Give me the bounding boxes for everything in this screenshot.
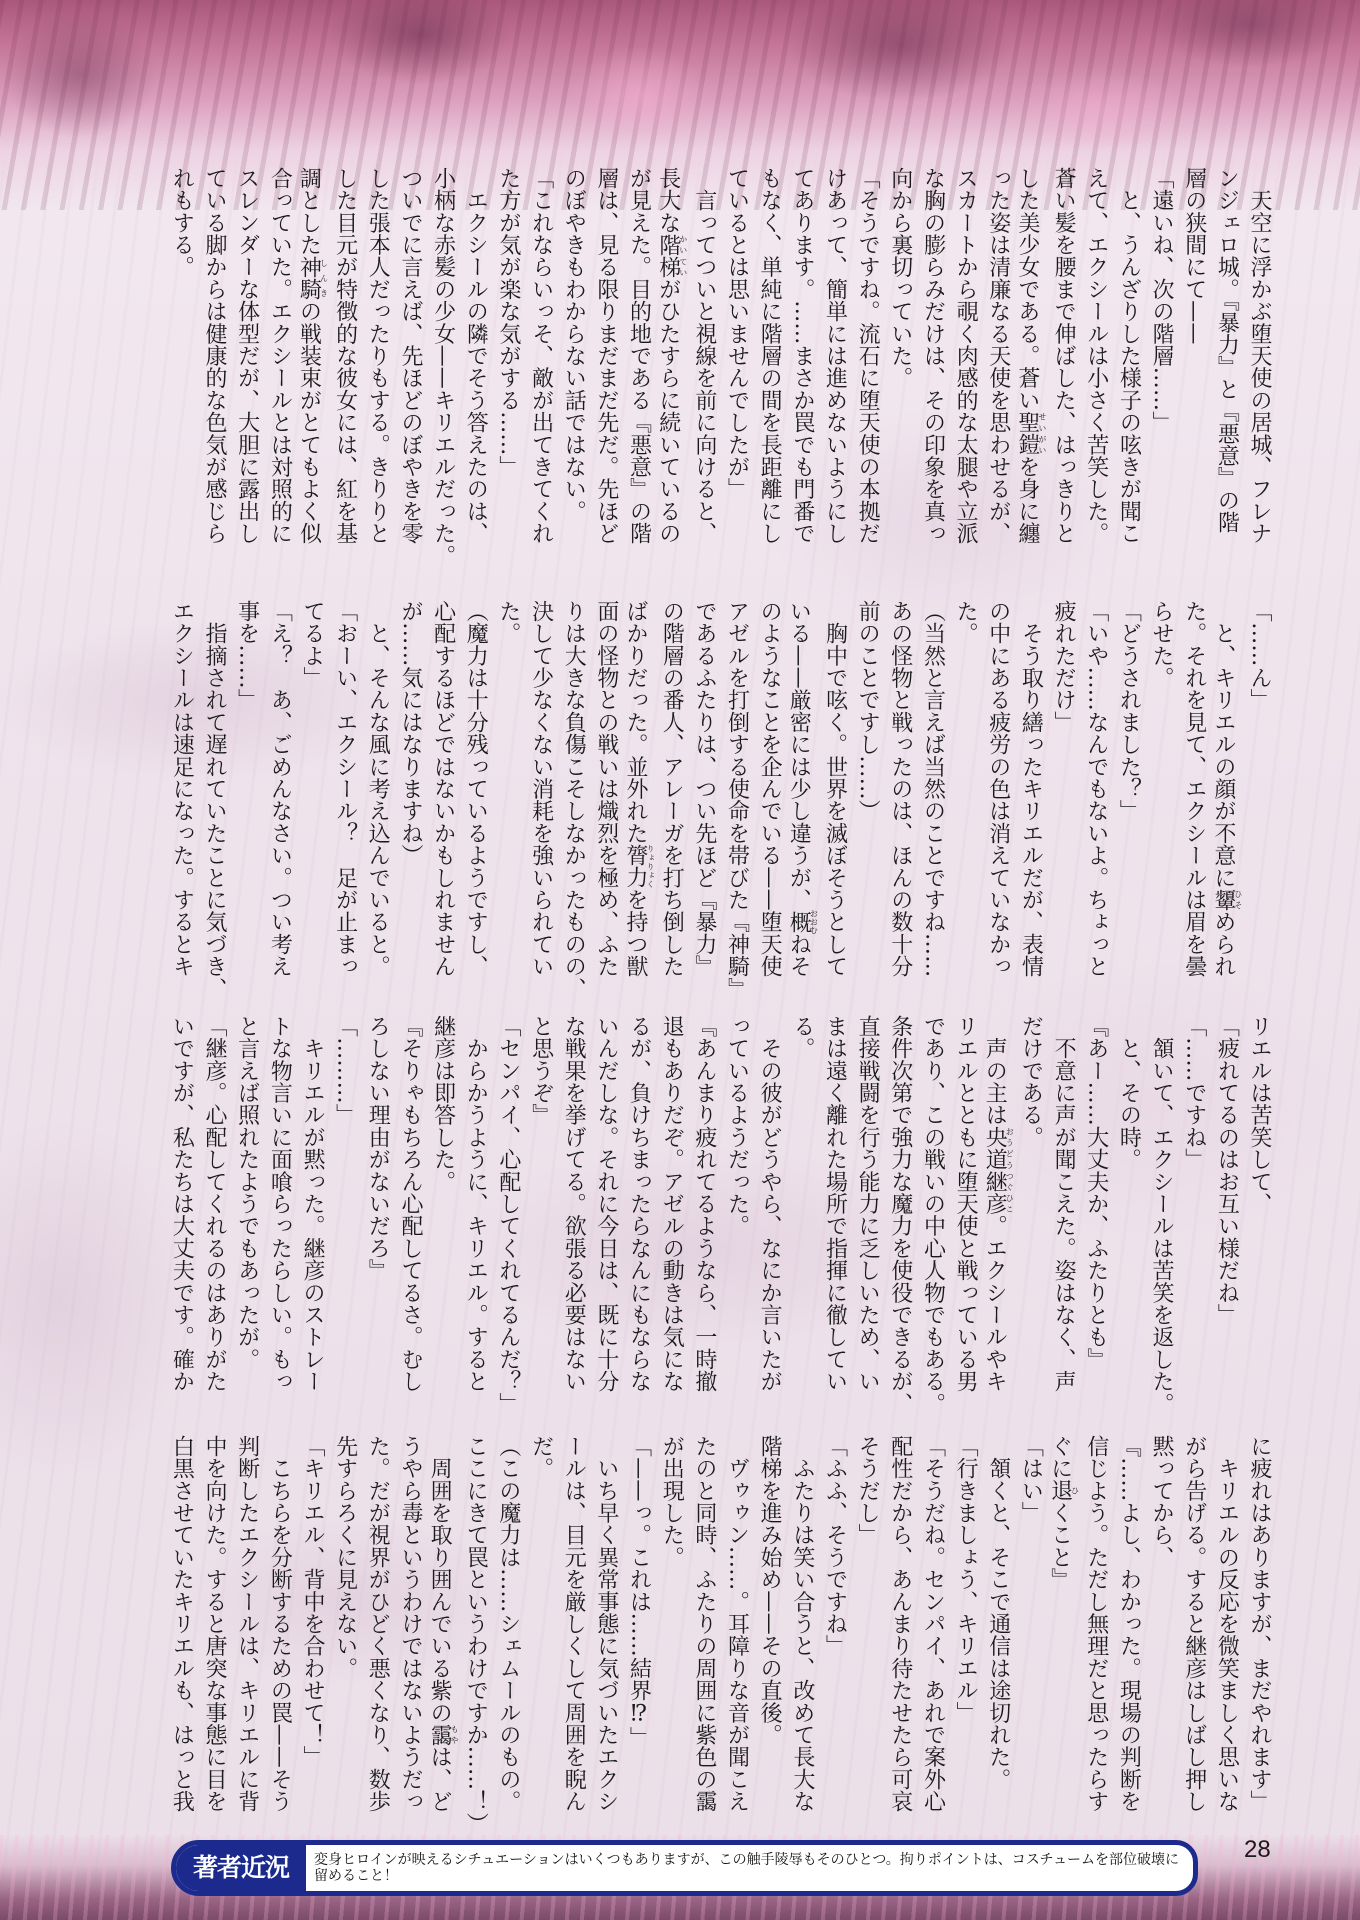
text-column: 胸中で呟く。世界を滅ぼそうとして <box>818 600 851 978</box>
text-column: であるふたりは、つい先ほど『暴力』 <box>687 600 720 978</box>
text-column: スカートから覗く肉感的な太腿や立派 <box>948 167 981 545</box>
text-column: 「継彦。心配してくれるのはありがた <box>197 1015 230 1393</box>
text-column: 『……よし、わかった。現場の判断を <box>1112 1435 1145 1813</box>
text-column: れもする。 <box>165 167 198 545</box>
text-tier-3: リエルは苦笑して、「疲れてるのはお互い様だね」「……ですね」 頷いて、エクシール… <box>164 1015 1275 1393</box>
text-column: の中にある疲労の色は消えていなかっ <box>981 600 1014 978</box>
text-column: が出現した。 <box>655 1435 688 1813</box>
text-column: あの怪物と戦ったのは、ほんの数十分 <box>883 600 916 978</box>
text-tier-4: に疲れはありますが、まだやれます」 キリエルの反応を微笑ましく思いながら告げる。… <box>164 1435 1275 1813</box>
text-column: ぐに退ひくこと』 <box>1046 1435 1079 1813</box>
text-column: （この魔力は……シェムールのもの。 <box>491 1435 524 1813</box>
text-column: もなく、単純に階層の間を長距離にし <box>753 167 786 545</box>
text-column: リエルは苦笑して、 <box>1242 1015 1275 1393</box>
text-column: 不意に声が聞こえた。姿はなく、声 <box>1046 1015 1079 1393</box>
text-column: た方が気が楽な気がする……」 <box>491 167 524 545</box>
text-column: 向から裏切っていた。 <box>883 167 916 545</box>
text-column: た。 <box>491 600 524 978</box>
text-column: えて、エクシールは小さく苦笑した。 <box>1079 167 1112 545</box>
page-number: 28 <box>1244 1836 1271 1864</box>
text-column: リエルとともに堕天使と戦っている男 <box>948 1015 981 1393</box>
text-column: 黙ってから、 <box>1144 1435 1177 1813</box>
text-column: であり、この戦いの中心人物でもある。 <box>916 1015 949 1393</box>
text-column: エクシールの隣でそう答えたのは、 <box>459 167 492 545</box>
text-column: いち早く異常事態に気づいたエクシ <box>589 1435 622 1813</box>
text-column: ろしない理由がないだろ』 <box>361 1015 394 1393</box>
text-column: だ。 <box>524 1435 557 1813</box>
text-column: した張本人だったりもする。きりりと <box>361 167 394 545</box>
text-column: に疲れはありますが、まだやれます」 <box>1242 1435 1275 1813</box>
text-column: 声の主は央道継彦おうどうつぐひこ。エクシールやキ <box>981 1015 1014 1393</box>
furigana: 神騎しんき <box>296 256 321 300</box>
text-column: アゼルを打倒する使命を帯びた『神騎』 <box>720 600 753 978</box>
text-column: トな物言いに面喰らったらしい。もっ <box>263 1015 296 1393</box>
text-column: ここにきて罠というわけですか……！） <box>459 1435 492 1813</box>
text-column: が……気にはなりますね） <box>393 600 426 978</box>
text-column: 中を向けた。すると唐突な事態に目を <box>197 1435 230 1813</box>
text-column: 「行きましょう、キリエル」 <box>948 1435 981 1813</box>
text-column: 判断したエクシールは、キリエルに背 <box>230 1435 263 1813</box>
text-column: ているとは思いませんでしたが」 <box>720 167 753 545</box>
text-column: 信じよう。ただし無理だと思ったらす <box>1079 1435 1112 1813</box>
text-column: まは遠く離れた場所で指揮に徹してい <box>818 1015 851 1393</box>
text-column: ヴゥゥン……。耳障りな音が聞こえ <box>720 1435 753 1813</box>
author-note-box: 著者近況 変身ヒロインが映えるシチュエーションはいくつもありますが、この触手陵辱… <box>171 1840 1198 1896</box>
furigana: 概おおむ <box>786 911 811 933</box>
text-column: らせた。 <box>1144 600 1177 978</box>
text-column: 決して少なくない消耗を強いられてい <box>524 600 557 978</box>
furigana: 膂力りょりょく <box>623 844 648 888</box>
text-column: 「遠いね、次の階層……」 <box>1144 167 1177 545</box>
text-column: 「そうですね。流石に堕天使の本拠だ <box>850 167 883 545</box>
text-column: 指摘されて遅れていたことに気づき、 <box>197 600 230 978</box>
furigana: 階梯かいてい <box>656 234 681 278</box>
text-column: 「疲れてるのはお互い様だね」 <box>1210 1015 1243 1393</box>
text-column: のようなことを企んでいる——堕天使 <box>753 600 786 978</box>
text-column: がら告げる。すると継彦はしばし押し <box>1177 1435 1210 1813</box>
text-column: 「……ですね」 <box>1177 1015 1210 1393</box>
text-column: 退もありだぞ。アゼルの動きは気にな <box>655 1015 688 1393</box>
text-column: 「これならいっそ、敵が出てきてくれ <box>524 167 557 545</box>
text-column: 長大な階梯かいていがひたすらに続いているの <box>655 167 688 545</box>
text-column: と、うんざりした様子の呟きが聞こ <box>1112 167 1145 545</box>
text-column: こちらを分断するための罠——そう <box>263 1435 296 1813</box>
text-column: 「どうされました？」 <box>1112 600 1145 978</box>
text-column: した目元が特徴的な彼女には、紅を基 <box>328 167 361 545</box>
text-column: 周囲を取り囲んでいる紫の靄もやは、ど <box>426 1435 459 1813</box>
text-column: った姿は清廉なる天使を思わせるが、 <box>981 167 1014 545</box>
text-column: 先すらろくに見えない。 <box>328 1435 361 1813</box>
text-column: 配性だから、あんまり待たせたら可哀 <box>883 1435 916 1813</box>
text-column: 疲れただけ」 <box>1046 600 1079 978</box>
text-column: 頷いて、エクシールは苦笑を返した。 <box>1144 1015 1177 1393</box>
text-column: っているようだった。 <box>720 1015 753 1393</box>
text-column: ばかりだった。並外れた膂力りょりょくを持つ獣 <box>622 600 655 978</box>
text-column: 「………」 <box>328 1015 361 1393</box>
text-column: 「——っ。これは……結界⁉」 <box>622 1435 655 1813</box>
text-column: そうだし」 <box>850 1435 883 1813</box>
text-column: いですが、私たちは大丈夫です。確か <box>165 1015 198 1393</box>
text-column: エクシールは速足になった。するとキ <box>165 600 198 978</box>
furigana: 退ひ <box>1048 1479 1073 1501</box>
text-column: そう取り繕ったキリエルだが、表情 <box>1014 600 1047 978</box>
text-column: てあります。……まさか罠でも門番で <box>785 167 818 545</box>
text-column: 「ふふ、そうですね」 <box>818 1435 851 1813</box>
text-column: うやら毒というわけではないようだっ <box>393 1435 426 1813</box>
text-column: からかうように、キリエル。すると <box>459 1015 492 1393</box>
text-column: と、そんな風に考え込んでいると。 <box>361 600 394 978</box>
text-column: ている脚からは健康的な色気が感じら <box>197 167 230 545</box>
text-column: 小柄な赤髪の少女——キリエルだった。 <box>426 167 459 545</box>
text-column: たのと同時、ふたりの周囲に紫色の靄 <box>687 1435 720 1813</box>
text-column: 継彦は即答した。 <box>426 1015 459 1393</box>
text-column: 直接戦闘を行う能力に乏しいため、い <box>850 1015 883 1393</box>
text-column: 「……ん」 <box>1242 600 1275 978</box>
text-column: 「はい」 <box>1014 1435 1047 1813</box>
author-note-line: 留めること！ <box>314 1868 1187 1884</box>
text-column: 『あー……大丈夫か、ふたりとも』 <box>1079 1015 1112 1393</box>
text-column: 面の怪物との戦いは熾烈を極め、ふた <box>589 600 622 978</box>
author-note-line: 変身ヒロインが映えるシチュエーションはいくつもありますが、この触手陵辱もそのひと… <box>314 1852 1187 1868</box>
text-column: りは大きな負傷こそしなかったものの、 <box>557 600 590 978</box>
text-column: のぼやきもわからない話ではない。 <box>557 167 590 545</box>
text-column: 頷くと、そこで通信は途切れた。 <box>981 1435 1014 1813</box>
furigana: 聖鎧せいがい <box>1015 411 1040 455</box>
text-column: と、キリエルの顔が不意に顰ひそめられ <box>1210 600 1243 978</box>
text-column: いる——厳密には少し違うが、概おおむねそ <box>785 600 818 978</box>
furigana: 靄もや <box>427 1724 452 1746</box>
text-column: 前のことですし……） <box>850 600 883 978</box>
text-column: 事を……」 <box>230 600 263 978</box>
text-column: 「いや……なんでもないよ。ちょっと <box>1079 600 1112 978</box>
text-column: だけである。 <box>1014 1015 1047 1393</box>
text-column: ついでに言えば、先ほどのぼやきを零 <box>393 167 426 545</box>
text-column: 層の狭間にて—— <box>1177 167 1210 545</box>
text-column: その彼がどうやら、なにか言いたが <box>753 1015 786 1393</box>
author-note-label: 著者近況 <box>176 1845 306 1891</box>
text-column: 心配するほどではないかもしれません <box>426 600 459 978</box>
text-column: と思うぞ』 <box>524 1015 557 1393</box>
text-tier-1: 天空に浮かぶ堕天使の居城、フレナンジェロ城。『暴力』と『悪意』の階層の狭間にて—… <box>164 167 1275 545</box>
text-column: 層は、見る限りまだまだ先だ。先ほど <box>589 167 622 545</box>
text-column: 条件次第で強力な魔力を使役できるが、 <box>883 1015 916 1393</box>
text-column: るが、負けちまったらなんにもならな <box>622 1015 655 1393</box>
text-column: いんだしな。それに今日は、既に十分 <box>589 1015 622 1393</box>
magazine-page: 天空に浮かぶ堕天使の居城、フレナンジェロ城。『暴力』と『悪意』の階層の狭間にて—… <box>0 0 1360 1920</box>
text-column: キリエルが黙った。継彦のストレー <box>295 1015 328 1393</box>
text-column: ールは、目元を厳しくして周囲を睨ん <box>557 1435 590 1813</box>
text-column: てるよ」 <box>295 600 328 978</box>
text-column: な胸の膨らみだけは、その印象を真っ <box>916 167 949 545</box>
furigana: 央道継彦おうどうつぐひこ <box>982 1126 1007 1215</box>
text-column: 言ってついと視線を前に向けると、 <box>687 167 720 545</box>
text-column: が見えた。目的地である『悪意』の階 <box>622 167 655 545</box>
text-column: けあって、簡単には進めないようにし <box>818 167 851 545</box>
text-column: と言えば照れたようでもあったが。 <box>230 1015 263 1393</box>
text-column: 天空に浮かぶ堕天使の居城、フレナ <box>1242 167 1275 545</box>
text-column: した美少女である。蒼い聖鎧せいがいを身に纏 <box>1014 167 1047 545</box>
text-column: た。だが視界がひどく悪くなり、数歩 <box>361 1435 394 1813</box>
text-column: た。それを見て、エクシールは眉を曇 <box>1177 600 1210 978</box>
text-column: ンジェロ城。『暴力』と『悪意』の階 <box>1210 167 1243 545</box>
text-column: と、その時。 <box>1112 1015 1145 1393</box>
text-column: 階梯を進み始め——その直後。 <box>753 1435 786 1813</box>
text-column: る。 <box>785 1015 818 1393</box>
text-column: ふたりは笑い合うと、改めて長大な <box>785 1435 818 1813</box>
text-column: （当然と言えば当然のことですね…… <box>916 600 949 978</box>
furigana: 顰ひそ <box>1211 889 1236 911</box>
text-column: 調とした神騎しんきの戦装束がとてもよく似 <box>295 167 328 545</box>
text-column: 「おーい、エクシール？ 足が止まっ <box>328 600 361 978</box>
text-column: 「え？ あ、ごめんなさい。つい考え <box>263 600 296 978</box>
text-column: な戦果を挙げてる。欲張る必要はない <box>557 1015 590 1393</box>
text-column: キリエルの反応を微笑ましく思いな <box>1210 1435 1243 1813</box>
text-column: 『そりゃもちろん心配してるさ。むし <box>393 1015 426 1393</box>
text-column: （魔力は十分残っているようですし、 <box>459 600 492 978</box>
text-column: た。 <box>948 600 981 978</box>
text-column: 『あんまり疲れてるようなら、一時撤 <box>687 1015 720 1393</box>
text-column: 蒼い髪を腰まで伸ばした、はっきりと <box>1046 167 1079 545</box>
text-column: の階層の番人、アレーガを打ち倒した <box>655 600 688 978</box>
text-column: 合っていた。エクシールとは対照的に <box>263 167 296 545</box>
text-column: 白黒させていたキリエルも、はっと我 <box>165 1435 198 1813</box>
text-column: 「そうだね。センパイ、あれで案外心 <box>916 1435 949 1813</box>
text-tier-2: 「……ん」 と、キリエルの顔が不意に顰ひそめられた。それを見て、エクシールは眉を… <box>164 600 1275 978</box>
author-note-text: 変身ヒロインが映えるシチュエーションはいくつもありますが、この触手陵辱もそのひと… <box>314 1852 1187 1884</box>
text-column: 「センパイ、心配してくれてるんだ？」 <box>491 1015 524 1393</box>
text-column: スレンダーな体型だが、大胆に露出し <box>230 167 263 545</box>
text-column: 「キリエル、背中を合わせて！」 <box>295 1435 328 1813</box>
